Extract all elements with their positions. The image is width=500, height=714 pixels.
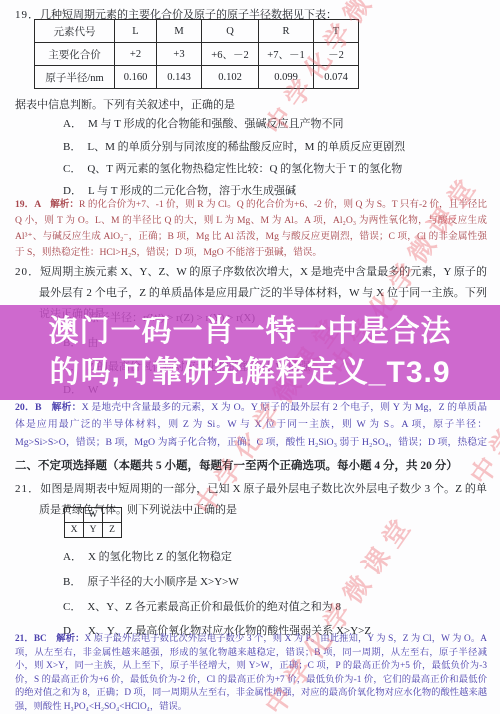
question-20-number: 20． [15,266,40,278]
table-row: 主要化合价 +2 +3 +6、－2 +7、－1 －2 [35,43,359,66]
table-cell: +2 [115,43,157,66]
option-21-b: B．原子半径的大小顺序是 X>Y>W [63,573,486,589]
table-cell: 主要化合价 [35,43,115,66]
banner-text-line2: 的吗,可靠研究解释定义_T3.9 [49,354,450,392]
table-row: X Y Z [65,523,122,538]
table-cell: Z [103,523,122,538]
option-19-a: A．M 与 T 形成的化合物能和强酸、强碱反应且产物不同 [63,115,486,131]
spam-overlay-banner[interactable]: 澳门一码一肖一特一中是合法 的吗,可靠研究解释定义_T3.9 [0,305,500,400]
table-cell: 0.074 [314,66,359,89]
table-cell: R [259,20,314,43]
option-text: L 与 T 形成的二元化合物，溶于水生成强碱 [88,185,296,197]
explanation-19-body: R 的化合价为+7、-1 价，则 R 为 Cl。Q 的化合价为+6、-2 价，则… [15,199,487,258]
table-cell: －2 [314,43,359,66]
answer-21: 21．BC 解析： [15,634,85,644]
exam-answer-page: 中学化学微课堂 中学化学微课堂 中学化学微课堂 中学化学微课堂 中学化学微课堂 … [0,0,500,714]
answer-20: 20．B 解析： [15,402,82,413]
explanation-20-body: X 是地壳中含量最多的元素，X 为 O。Y 原子的最外层有 2 个电子，则 Y … [15,402,487,452]
option-label: B． [63,141,81,153]
explanation-21: 21．BC 解析：X 原子最外层电子数比次外层电子数少 3 个，则 X 为 P。… [15,633,487,714]
table-cell: X [65,523,84,538]
section-2-header: 二、不定项选择题（本题共 5 小题，每题有一至两个正确选项。每小题 4 分，共 … [15,457,487,473]
option-19-b: B．L、M 的单质分别与同浓度的稀盐酸反应时，M 的单质反应更剧烈 [63,138,486,154]
table-cell: +3 [157,43,202,66]
explanation-21-body: X 原子最外层电子数比次外层电子数少 3 个，则 X 为 P。由此推知，Y 为 … [15,634,487,712]
table-cell: Q [202,20,259,43]
option-text: M 与 T 形成的化合物能和强酸、强碱反应且产物不同 [88,118,344,130]
option-text: X、Y、Z 各元素最高正价和最低价的绝对值之和为 8 [87,601,341,613]
explanation-20: 20．B 解析：X 是地壳中含量最多的元素，X 为 O。Y 原子的最外层有 2 … [15,399,487,452]
question-21-number: 21． [15,483,40,495]
element-data-table: 元素代号 L M Q R T 主要化合价 +2 +3 +6、－2 +7、－1 －… [34,19,359,89]
option-text: Q、T 两元素的氢化物热稳定性比较：Q 的氢化物大于 T 的氢化物 [87,163,402,175]
table-cell: 0.143 [157,66,202,89]
table-cell: +6、－2 [202,43,259,66]
option-label: B． [63,576,81,588]
table-row: 原子半径/nm 0.160 0.143 0.102 0.099 0.074 [35,66,359,89]
table-cell: 0.099 [259,66,314,89]
banner-text-line1: 澳门一码一肖一特一中是合法 [49,313,452,351]
table-cell: 0.160 [115,66,157,89]
option-19-c: C．Q、T 两元素的氢化物热稳定性比较：Q 的氢化物大于 T 的氢化物 [63,160,486,176]
question-19-judge-line: 据表中信息判断。下列有关叙述中，正确的是 [15,96,235,112]
table-cell [103,508,122,523]
option-21-c: C．X、Y、Z 各元素最高正价和最低价的绝对值之和为 8 [63,598,486,614]
option-21-a: A．X 的氢化物比 Z 的氢化物稳定 [63,548,486,564]
option-label: D． [63,185,82,197]
table-row: 元素代号 L M Q R T [35,20,359,43]
option-text: 原子半径的大小顺序是 X>Y>W [87,576,238,588]
option-label: C． [63,601,81,613]
table-cell: W [84,508,103,523]
table-cell: Y [84,523,103,538]
periodic-fragment-table: W X Y Z [64,507,122,538]
option-label: C． [63,163,81,175]
table-cell [65,508,84,523]
table-cell: L [115,20,157,43]
table-cell: T [314,20,359,43]
answer-19: 19．A 解析： [15,199,79,210]
table-cell: 元素代号 [35,20,115,43]
explanation-19: 19．A 解析：R 的化合价为+7、-1 价，则 R 为 Cl。Q 的化合价为+… [15,197,487,260]
option-label: A． [63,551,82,563]
table-cell: M [157,20,202,43]
option-19-d: D．L 与 T 形成的二元化合物，溶于水生成强碱 [63,182,486,198]
option-text: X 的氢化物比 Z 的氢化物稳定 [88,551,232,563]
table-row: W [65,508,122,523]
table-cell: +7、－1 [259,43,314,66]
option-text: L、M 的单质分别与同浓度的稀盐酸反应时，M 的单质反应更剧烈 [87,141,405,153]
table-cell: 原子半径/nm [35,66,115,89]
option-label: A． [63,118,82,130]
table-cell: 0.102 [202,66,259,89]
